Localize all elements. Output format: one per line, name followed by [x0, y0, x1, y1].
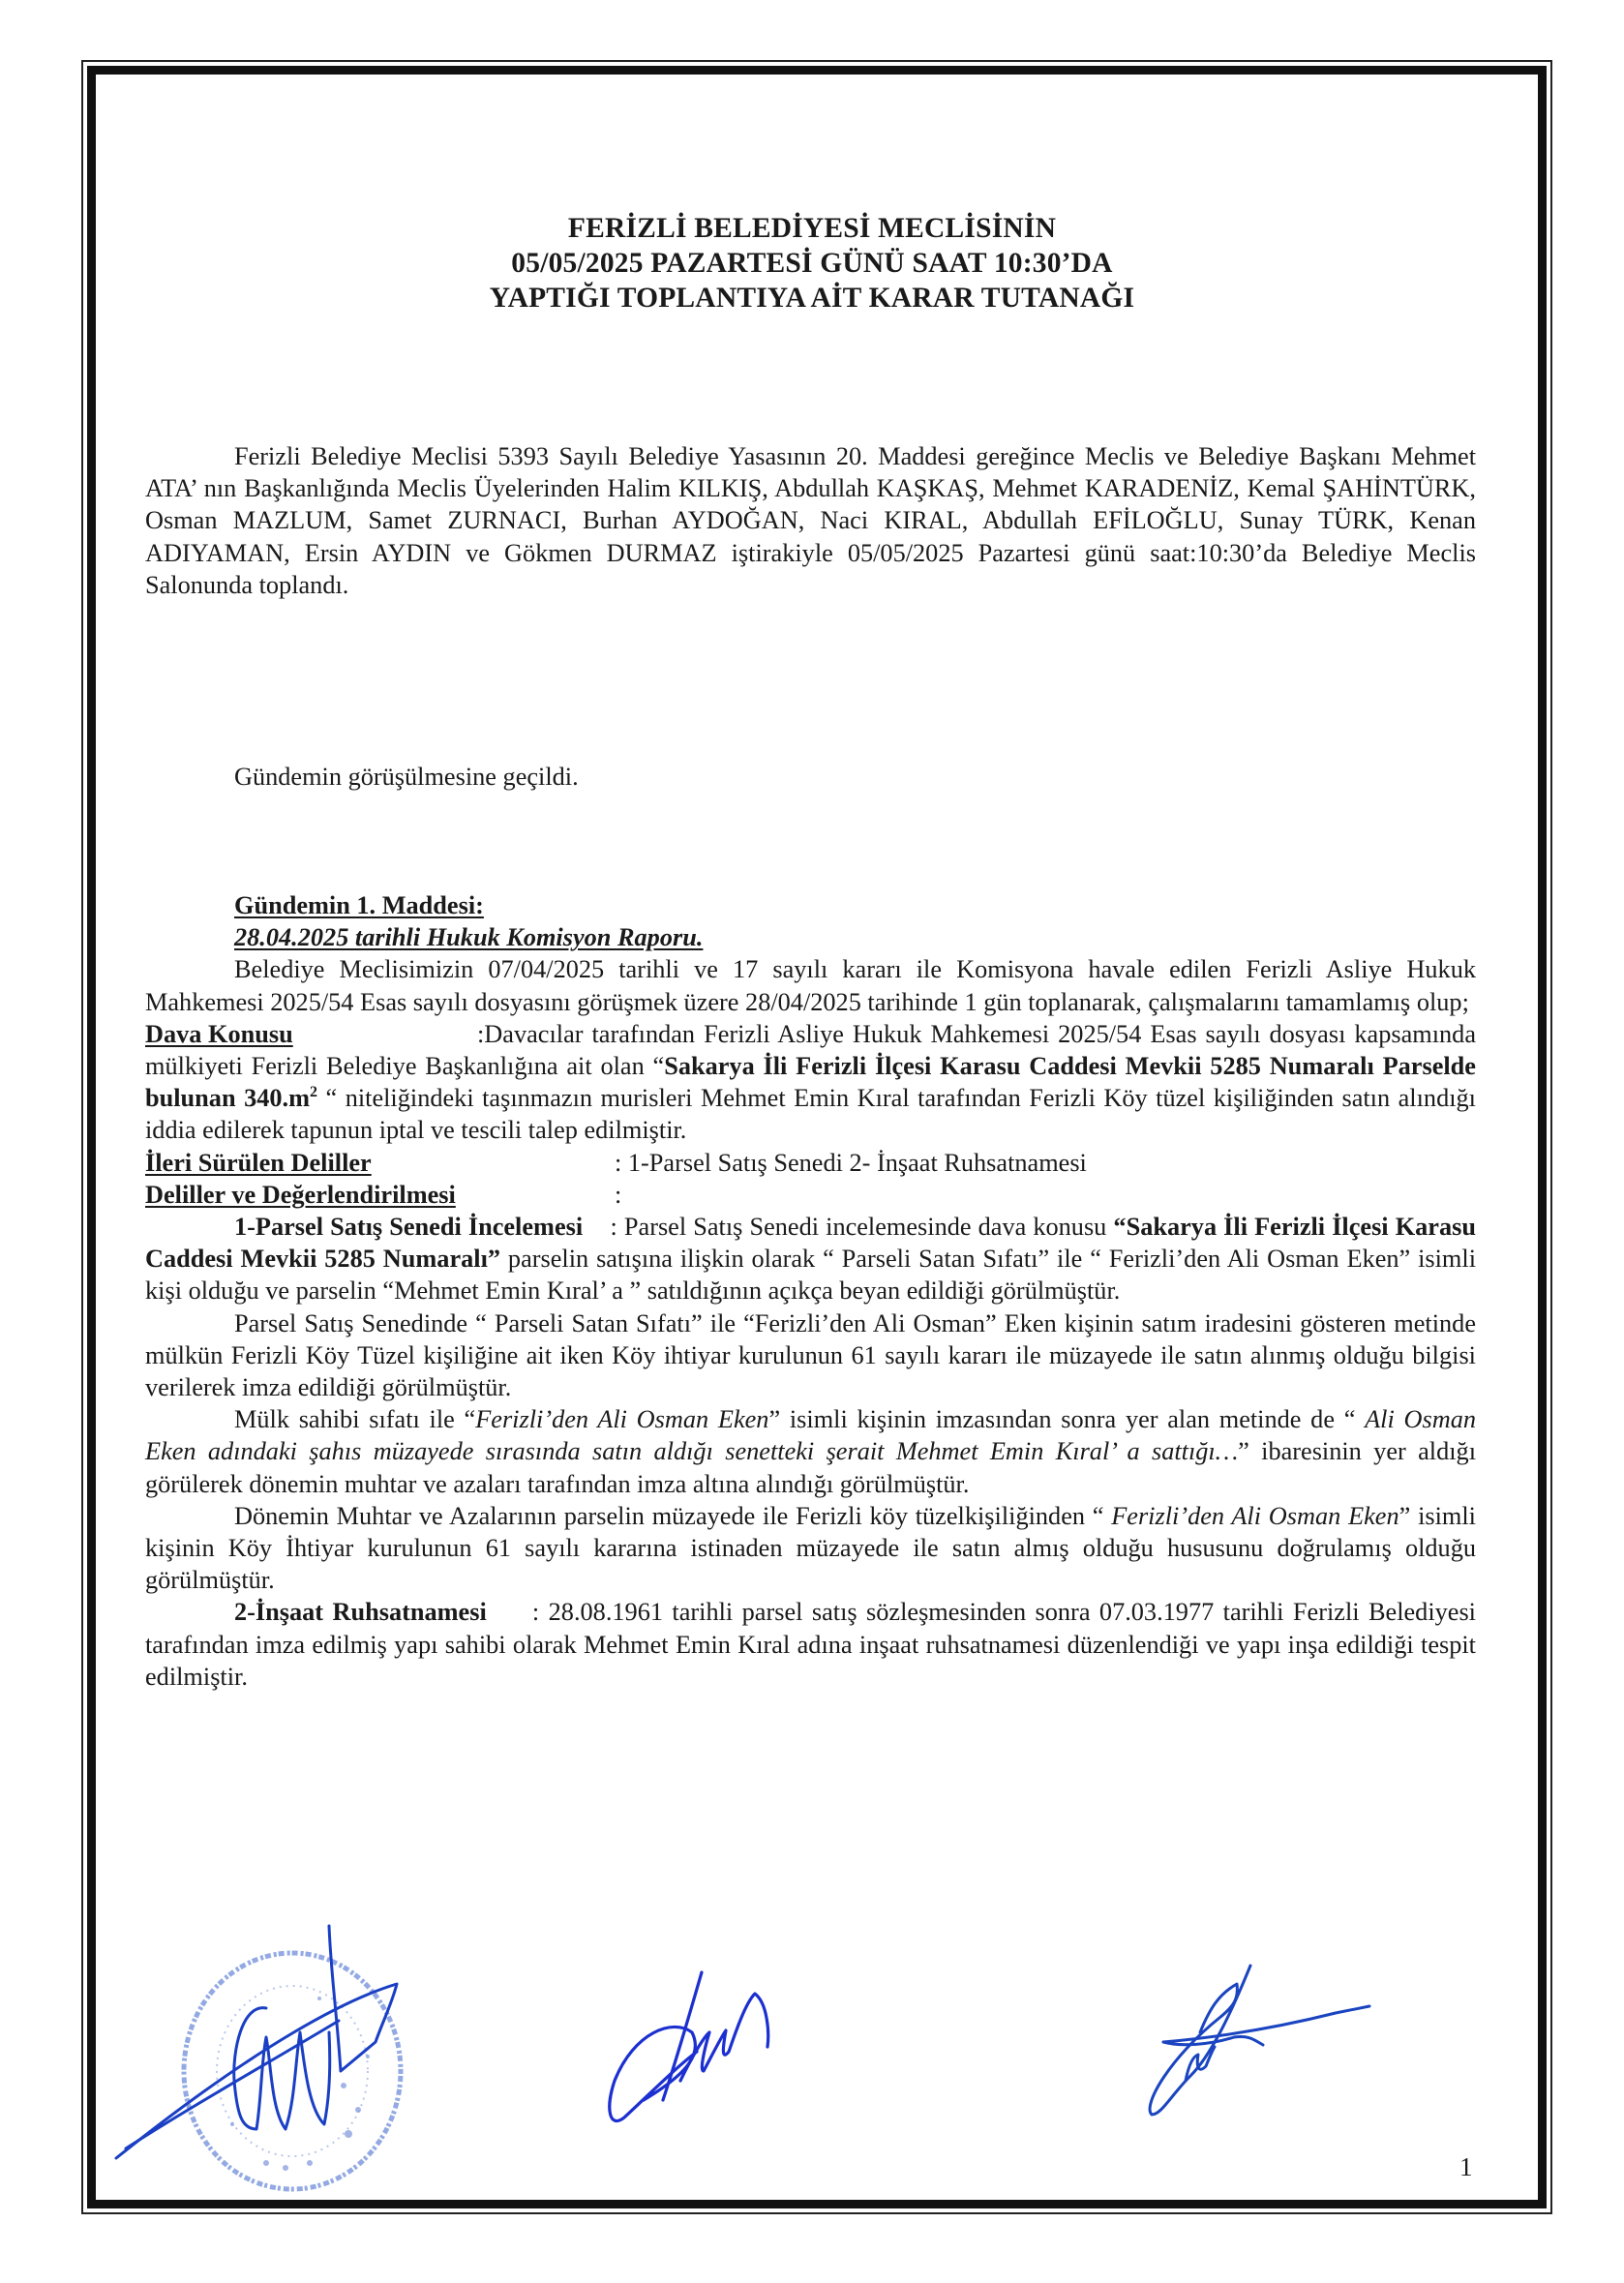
parsel-paragraph: Parsel Satış Senedinde “ Parseli Satan S…	[145, 1307, 1476, 1404]
ileri-surulen-row: İleri Sürülen Deliller: 1-Parsel Satış S…	[145, 1147, 1476, 1179]
intro-section: Ferizli Belediye Meclisi 5393 Sayılı Bel…	[145, 440, 1476, 601]
title-line-1: FERİZLİ BELEDİYESİ MECLİSİNİN	[0, 211, 1624, 246]
ileri-surulen-label: İleri Sürülen Deliller	[145, 1147, 615, 1179]
evidence-1-paragraph: 1-Parsel Satış Senedi İncelemesi : Parse…	[145, 1211, 1476, 1307]
dava-konusu-label: Dava Konusu	[145, 1018, 477, 1050]
evidence-2-paragraph: 2-İnşaat Ruhsatnamesi : 28.08.1961 tarih…	[145, 1596, 1476, 1693]
dava-konusu-text-2: “ niteliğindeki taşınmazın murisleri Meh…	[145, 1084, 1476, 1144]
mulk-paragraph: Mülk sahibi sıfatı ile “Ferizli’den Ali …	[145, 1403, 1476, 1500]
agenda-item-heading: Gündemin 1. Maddesi:	[234, 891, 484, 919]
agenda-start-text: Gündemin görüşülmesine geçildi.	[145, 761, 1476, 793]
intro-paragraph: Ferizli Belediye Meclisi 5393 Sayılı Bel…	[145, 440, 1476, 601]
document-title: FERİZLİ BELEDİYESİ MECLİSİNİN 05/05/2025…	[0, 211, 1624, 315]
evidence-1-text: : Parsel Satış Senedi incelemesinde dava…	[583, 1213, 1113, 1241]
page-number: 1	[1459, 2152, 1473, 2182]
evidence-2-label: 2-İnşaat Ruhsatnamesi	[234, 1598, 487, 1626]
commission-paragraph: Belediye Meclisimizin 07/04/2025 tarihli…	[145, 953, 1476, 1017]
agenda-item-section: Gündemin 1. Maddesi: 28.04.2025 tarihli …	[145, 889, 1476, 1693]
mulk-italic-1: Ferizli’den Ali Osman Eken	[475, 1405, 768, 1433]
mulk-text-2: ” isimli kişinin imzasından sonra yer al…	[768, 1405, 1365, 1433]
deliller-row: Deliller ve Değerlendirilmesi:	[145, 1179, 1476, 1211]
deliller-label: Deliller ve Değerlendirilmesi	[145, 1179, 615, 1211]
title-line-3: YAPTIĞI TOPLANTIYA AİT KARAR TUTANAĞI	[0, 281, 1624, 315]
donemin-paragraph: Dönemin Muhtar ve Azalarının parselin mü…	[145, 1500, 1476, 1597]
superscript-2: 2	[310, 1084, 317, 1100]
signature-center-icon	[595, 1965, 789, 2129]
donemin-text-1: Dönemin Muhtar ve Azalarının parselin mü…	[234, 1502, 1111, 1530]
ileri-surulen-text: : 1-Parsel Satış Senedi 2- İnşaat Ruhsat…	[615, 1149, 1087, 1177]
agenda-item-subheading: 28.04.2025 tarihli Hukuk Komisyon Raporu…	[234, 923, 703, 951]
mulk-text-1: Mülk sahibi sıfatı ile “	[234, 1405, 475, 1433]
signature-right-icon	[1142, 1960, 1394, 2134]
deliller-text: :	[615, 1181, 621, 1209]
agenda-start-section: Gündemin görüşülmesine geçildi.	[145, 761, 1476, 793]
dava-konusu-paragraph: Dava Konusu:Davacılar tarafından Ferizli…	[145, 1018, 1476, 1147]
evidence-1-label: 1-Parsel Satış Senedi İncelemesi	[234, 1213, 583, 1241]
title-line-2: 05/05/2025 PAZARTESİ GÜNÜ SAAT 10:30’DA	[0, 246, 1624, 281]
signature-left-icon	[116, 1907, 368, 2197]
donemin-italic-1: Ferizli’den Ali Osman Eken	[1111, 1502, 1398, 1530]
